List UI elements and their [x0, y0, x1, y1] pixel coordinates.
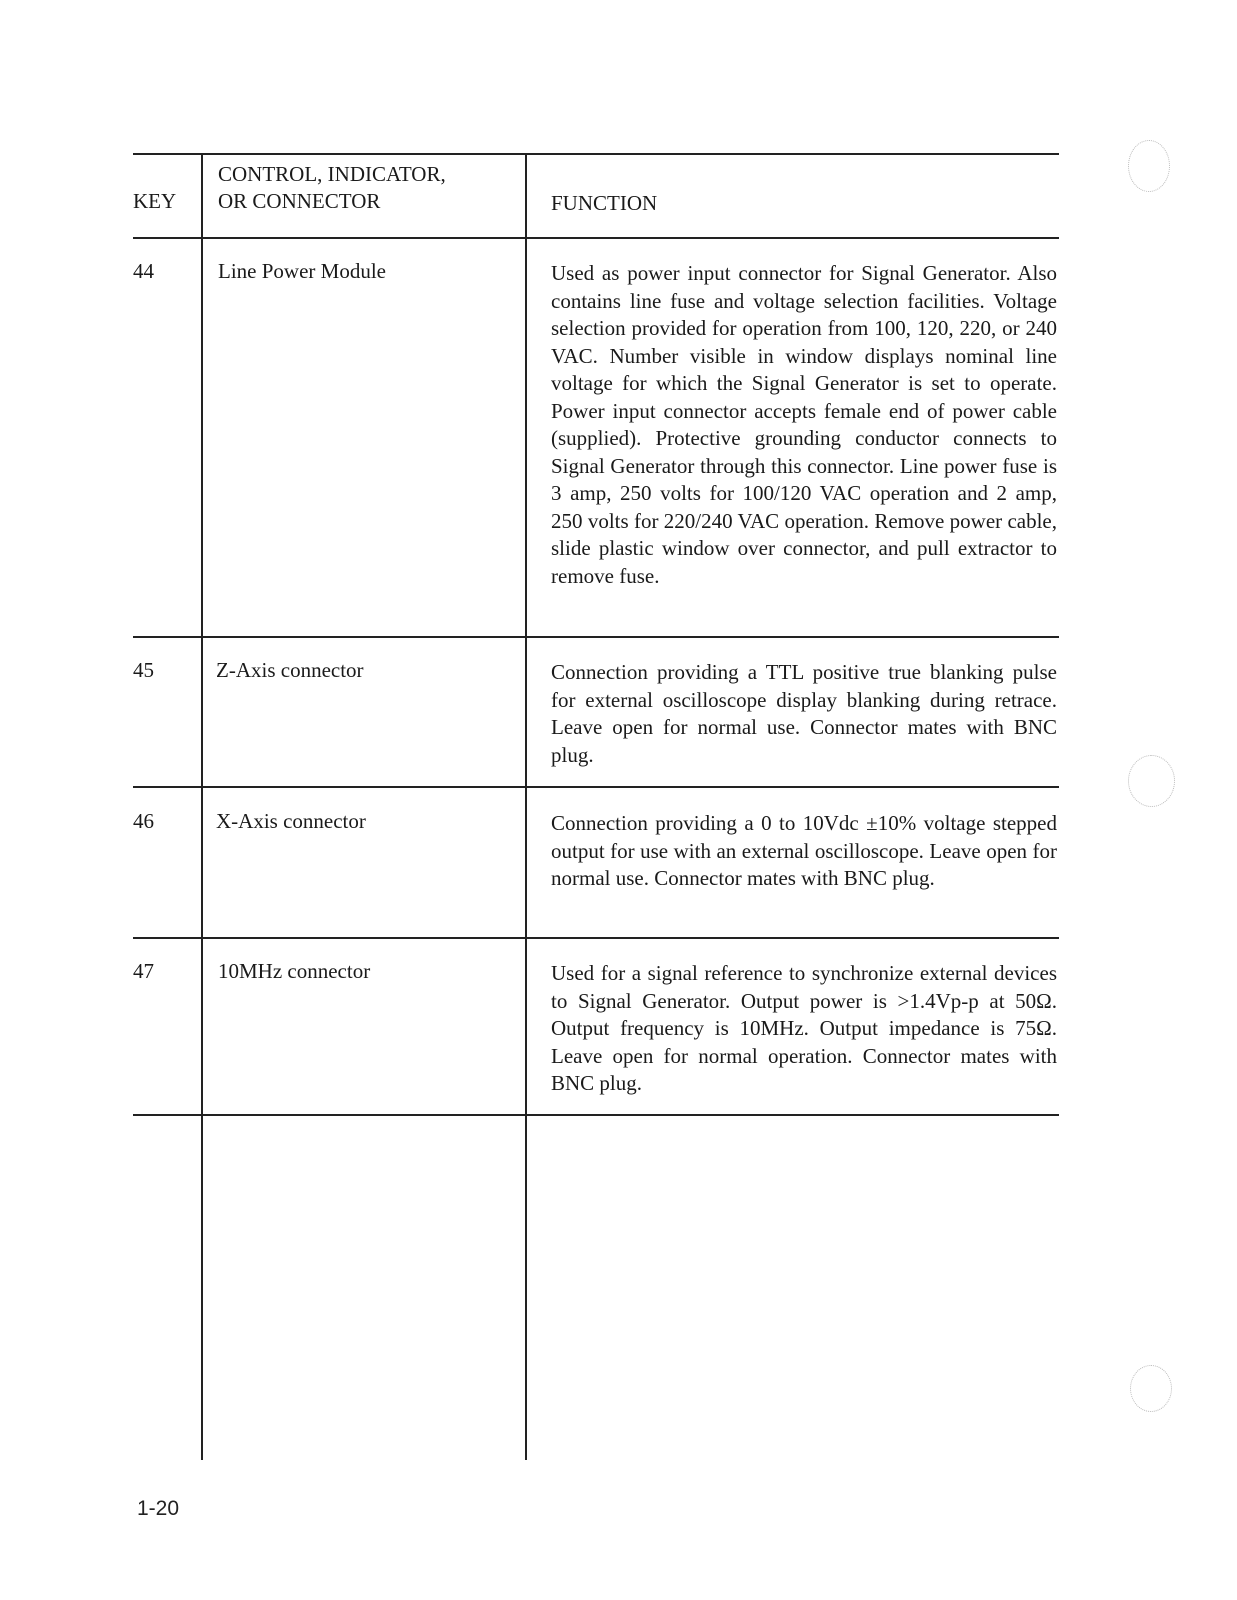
row-key: 45 — [133, 657, 154, 685]
row-control: Z-Axis connector — [216, 657, 364, 685]
header-control-line1: CONTROL, INDICATOR, — [218, 161, 446, 188]
scan-artifact — [1130, 1365, 1172, 1412]
row-divider — [133, 1114, 1059, 1116]
header-control-line2: OR CONNECTOR — [218, 188, 380, 215]
row-function: Connection providing a TTL positive true… — [551, 659, 1057, 769]
header-bottom-rule — [133, 237, 1059, 239]
scan-artifact — [1128, 140, 1170, 192]
header-key: KEY — [133, 188, 176, 215]
row-function: Used for a signal reference to synchroni… — [551, 960, 1057, 1098]
row-divider — [133, 937, 1059, 939]
header-function: FUNCTION — [551, 190, 657, 217]
document-page: KEY CONTROL, INDICATOR, OR CONNECTOR FUN… — [0, 0, 1237, 1600]
row-function: Connection providing a 0 to 10Vdc ±10% v… — [551, 810, 1057, 893]
row-control: 10MHz connector — [218, 958, 370, 986]
row-key: 46 — [133, 808, 154, 836]
row-control: Line Power Module — [218, 258, 386, 286]
scan-artifact — [1128, 755, 1175, 807]
table-top-rule — [133, 153, 1059, 155]
row-control: X-Axis connector — [216, 808, 366, 836]
row-key: 47 — [133, 958, 154, 986]
row-function: Used as power input connector for Signal… — [551, 260, 1057, 590]
row-key: 44 — [133, 258, 154, 286]
page-number: 1-20 — [137, 1497, 179, 1521]
row-divider — [133, 786, 1059, 788]
column-divider — [201, 153, 203, 1460]
row-divider — [133, 636, 1059, 638]
column-divider — [525, 153, 527, 1460]
